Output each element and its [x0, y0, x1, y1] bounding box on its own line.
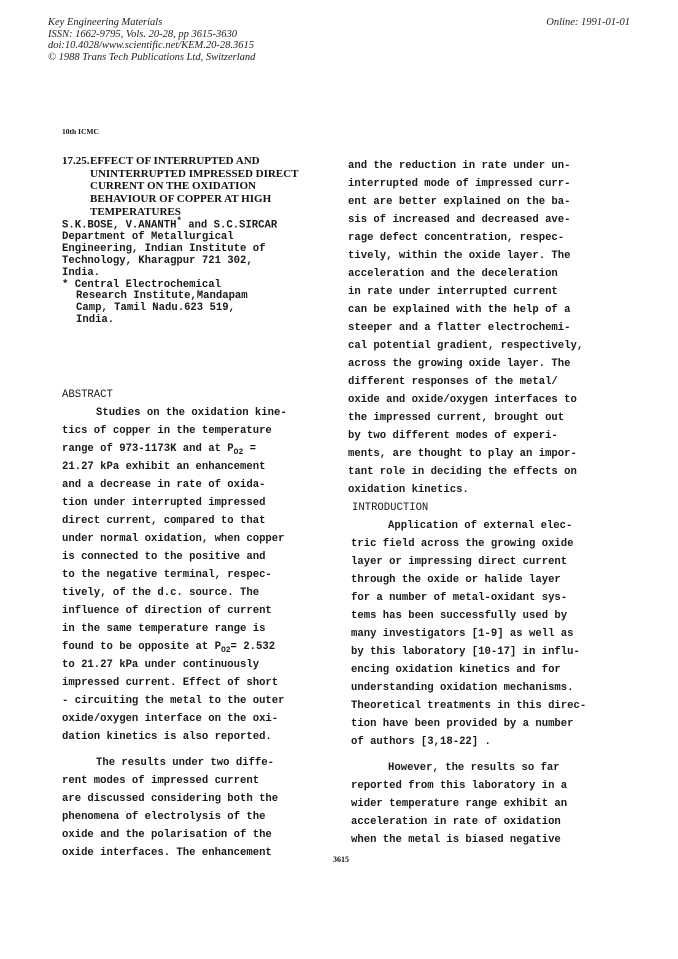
- body-line: oxidation kinetics.: [348, 481, 586, 499]
- abstract-line: dation kinetics is also reported.: [62, 728, 287, 746]
- abstract-line: rent modes of impressed current: [62, 772, 287, 790]
- body-line: interrupted mode of impressed curr-: [348, 175, 586, 193]
- online-date: Online: 1991-01-01: [546, 17, 630, 29]
- abstract-line: to the negative terminal, respec-: [62, 566, 287, 584]
- body-line: different responses of the metal/: [348, 373, 586, 391]
- abstract-line: are discussed considering both the: [62, 790, 287, 808]
- body-line: However, the results so far: [348, 759, 586, 777]
- body-line: rage defect concentration, respec-: [348, 229, 586, 247]
- abstract-heading: ABSTRACT: [62, 386, 287, 404]
- body-line: encing oxidation kinetics and for: [348, 661, 586, 679]
- body-line: Application of external elec-: [348, 517, 586, 535]
- abstract-line: is connected to the positive and: [62, 548, 287, 566]
- abstract-line: phenomena of electrolysis of the: [62, 808, 287, 826]
- right-column: and the reduction in rate under un- inte…: [348, 157, 586, 849]
- abstract-line: tively, of the d.c. source. The: [62, 584, 287, 602]
- abstract-line: oxide/oxygen interface on the oxi-: [62, 710, 287, 728]
- body-line: ments, are thought to play an impor-: [348, 445, 586, 463]
- abstract-line: range of 973-1173K and at PO2 =: [62, 440, 287, 458]
- journal-copyright: © 1988 Trans Tech Publications Ltd, Swit…: [48, 52, 255, 64]
- abstract-line: and a decrease in rate of oxida-: [62, 476, 287, 494]
- body-line: tems has been successfully used by: [348, 607, 586, 625]
- abstract-line: oxide and the polarisation of the: [62, 826, 287, 844]
- abstract-line: tics of copper in the temperature: [62, 422, 287, 440]
- body-line: tively, within the oxide layer. The: [348, 247, 586, 265]
- body-line: reported from this laboratory in a: [348, 777, 586, 795]
- abstract-line: oxide interfaces. The enhancement: [62, 844, 287, 862]
- abstract-line: found to be opposite at PO2= 2.532: [62, 638, 287, 656]
- affiliation-line: India.: [62, 315, 352, 327]
- body-line: tric field across the growing oxide: [348, 535, 586, 553]
- body-line: understanding oxidation mechanisms.: [348, 679, 586, 697]
- abstract-line: tion under interrupted impressed: [62, 494, 287, 512]
- title-line: CURRENT ON THE OXIDATION: [90, 180, 352, 193]
- body-line: can be explained with the help of a: [348, 301, 586, 319]
- author-block: S.K.BOSE, V.ANANTH* and S.C.SIRCAR Depar…: [62, 216, 352, 327]
- title-line: EFFECT OF INTERRUPTED AND: [90, 155, 352, 168]
- title-line: BEHAVIOUR OF COPPER AT HIGH: [90, 193, 352, 206]
- spacer: [348, 751, 586, 759]
- body-line: oxide and oxide/oxygen interfaces to: [348, 391, 586, 409]
- abstract-section: ABSTRACT Studies on the oxidation kine- …: [62, 386, 287, 862]
- body-line: the impressed current, brought out: [348, 409, 586, 427]
- journal-issn: ISSN: 1662-9795, Vols. 20-28, pp 3615-36…: [48, 29, 255, 41]
- body-line: ent are better explained on the ba-: [348, 193, 586, 211]
- title-line: UNINTERRUPTED IMPRESSED DIRECT: [90, 168, 352, 181]
- conference-label: 10th ICMC: [62, 127, 99, 136]
- body-line: Theoretical treatments in this direc-: [348, 697, 586, 715]
- abstract-line: impressed current. Effect of short: [62, 674, 287, 692]
- body-line: layer or impressing direct current: [348, 553, 586, 571]
- introduction-heading: INTRODUCTION: [348, 499, 586, 517]
- body-line: many investigators [1-9] as well as: [348, 625, 586, 643]
- abstract-line: direct current, compared to that: [62, 512, 287, 530]
- body-line: sis of increased and decreased ave-: [348, 211, 586, 229]
- abstract-line: Studies on the oxidation kine-: [62, 404, 287, 422]
- body-line: wider temperature range exhibit an: [348, 795, 586, 813]
- abstract-line: in the same temperature range is: [62, 620, 287, 638]
- body-line: for a number of metal-oxidant sys-: [348, 589, 586, 607]
- body-line: acceleration in rate of oxidation: [348, 813, 586, 831]
- body-line: tion have been provided by a number: [348, 715, 586, 733]
- body-line: through the oxide or halide layer: [348, 571, 586, 589]
- body-line: steeper and a flatter electrochemi-: [348, 319, 586, 337]
- body-line: acceleration and the deceleration: [348, 265, 586, 283]
- body-line: by two different modes of experi-: [348, 427, 586, 445]
- affiliation-line: Technology, Kharagpur 721 302,: [62, 256, 352, 268]
- page-number: 3615: [333, 855, 349, 864]
- abstract-line: - circuiting the metal to the outer: [62, 692, 287, 710]
- journal-doi: doi:10.4028/www.scientific.net/KEM.20-28…: [48, 40, 255, 52]
- section-number: 17.25.: [62, 155, 90, 168]
- paper-title: 17.25. EFFECT OF INTERRUPTED AND UNINTER…: [62, 155, 352, 219]
- author-names: S.K.BOSE, V.ANANTH* and S.C.SIRCAR: [62, 216, 352, 232]
- body-line: when the metal is biased negative: [348, 831, 586, 849]
- abstract-line: influence of direction of current: [62, 602, 287, 620]
- abstract-line: to 21.27 kPa under continuously: [62, 656, 287, 674]
- abstract-line: 21.27 kPa exhibit an enhancement: [62, 458, 287, 476]
- journal-name: Key Engineering Materials: [48, 17, 255, 29]
- body-line: in rate under interrupted current: [348, 283, 586, 301]
- body-line: of authors [3,18-22] .: [348, 733, 586, 751]
- body-line: across the growing oxide layer. The: [348, 355, 586, 373]
- body-line: tant role in deciding the effects on: [348, 463, 586, 481]
- journal-header: Key Engineering Materials ISSN: 1662-979…: [48, 17, 255, 63]
- body-line: by this laboratory [10-17] in influ-: [348, 643, 586, 661]
- spacer: [62, 746, 287, 754]
- abstract-line: under normal oxidation, when copper: [62, 530, 287, 548]
- body-line: cal potential gradient, respectively,: [348, 337, 586, 355]
- body-line: and the reduction in rate under un-: [348, 157, 586, 175]
- abstract-line: The results under two diffe-: [62, 754, 287, 772]
